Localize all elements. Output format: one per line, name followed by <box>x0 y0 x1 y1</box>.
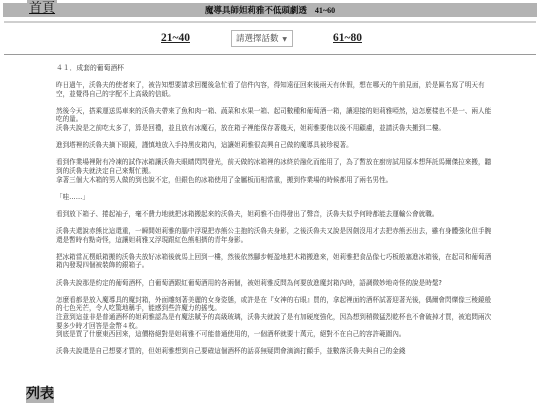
chapter-content: ４１．成套的葡萄酒杯 昨日過午，沃魯夫的使者來了，被告知想要請求回覆後急忙看了信… <box>56 64 496 365</box>
episode-select[interactable]: 請選擇話數 ▼ <box>231 30 293 47</box>
paragraph: 看到放下箱子、捲起袖子，毫不費力地就把冰箱搬起來的沃魯夫，妲莉雅不由得發出了聲音… <box>56 210 496 219</box>
paragraph: 沃魯夫說那是約定的葡萄酒杯，白葡萄酒跟紅葡萄酒用的各兩個，被妲莉雅反問為何要放進… <box>56 279 496 288</box>
paragraph: 沃魯夫還說赤熊比這還重，一瞬間妲莉雅的腦中浮現把赤熊公主抱的沃魯夫身影，之後沃魯… <box>56 227 496 244</box>
next-range-link[interactable]: 61~80 <box>333 32 362 44</box>
list-button[interactable]: 列表 <box>26 387 54 403</box>
paragraph: 進到塔裡的沃魯夫摘下眼鏡，謹慎地放入手持黑皮箱內，這讓妲莉雅很高興自己做的魔導具… <box>56 141 496 150</box>
prev-range-link[interactable]: 21~40 <box>161 32 190 44</box>
divider-nav <box>4 54 536 55</box>
paragraph: 看到作業場裡附有冷凍的試作冰箱讓沃魯夫眼睛閃閃發光，前天做的冰箱裡的冰終於融化而… <box>56 158 496 184</box>
paragraph: 怎麼看都是放入魔導具的魔封箱，外面雕刻著美麗的女身姿態，或許是在『女神的右眼』買… <box>56 296 496 339</box>
episode-select-value: 請選擇話數 <box>236 34 279 44</box>
paragraph: 昨日過午，沃魯夫的使者來了，被告知想要請求回覆後急忙看了信件內容，得知遠征回來後… <box>56 81 496 98</box>
chapter-navigation: 21~40 請選擇話數 ▼ 61~80 <box>0 30 540 50</box>
page-title: 魔導具師妲莉雅不低頭劇透41~60 <box>0 3 540 18</box>
paragraph: 「哇……」 <box>56 193 496 202</box>
chapter-range: 41~60 <box>315 6 335 15</box>
paragraph: 沃魯夫說還是自己想要才買的，但妲莉雅想到自己要確這個酒杯的話喜無疑問會滴滴打顫手… <box>56 347 496 356</box>
divider-top <box>4 21 536 23</box>
paragraph: 然後今天，搭乘運送馬車來的沃魯夫帶來了魚和肉一箱、蔬菜和水果一箱、起司數種和葡萄… <box>56 107 496 133</box>
chevron-down-icon: ▼ <box>282 31 287 48</box>
novel-title: 魔導具師妲莉雅不低頭劇透 <box>205 5 307 15</box>
paragraph: 把冰箱當瓦楞紙箱搬的沃魯夫放好冰箱後就馬上回到一樓，然後依然腳步輕盈地把木箱搬進… <box>56 253 496 270</box>
chapter-heading: ４１．成套的葡萄酒杯 <box>56 64 496 73</box>
